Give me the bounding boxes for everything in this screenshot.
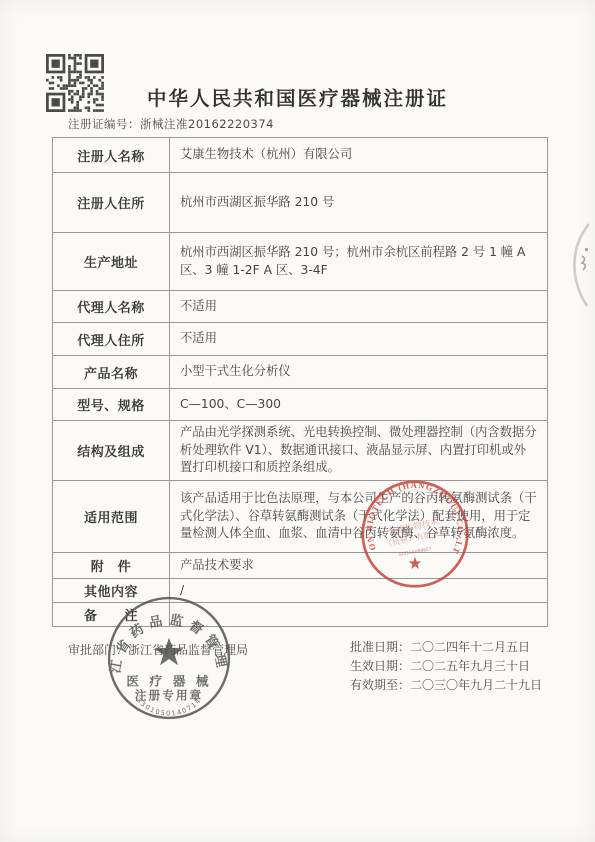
registration-number-label: 注册证编号： <box>68 117 140 131</box>
table-row: 附 件产品技术要求 <box>53 553 548 579</box>
effective-date-value: 二〇二五年九月三十日 <box>410 659 530 673</box>
page-title: 中华人民共和国医疗器械注册证 <box>0 83 595 111</box>
table-row: 备 注 <box>53 603 548 627</box>
expiry-date-line: 有效期至：二〇三〇年九月二十九日 <box>350 676 542 695</box>
field-value: 产品技术要求 <box>170 553 548 579</box>
field-value: 产品由光学探测系统、光电转换控制、微处理器控制（内含数据分析处理软件 V1）、数… <box>170 421 548 481</box>
svg-text:注册专用章: 注册专用章 <box>135 689 203 703</box>
registration-number: 浙械注准20162220374 <box>140 117 274 131</box>
certificate-table: 注册人名称艾康生物技术（杭州）有限公司 注册人住所杭州市西湖区振华路 210 号… <box>52 137 548 627</box>
certificate-page: 中华人民共和国医疗器械注册证 注册证编号：浙械注准20162220374 注册人… <box>0 0 595 842</box>
table-row: 型号、规格C—100、C—300 <box>53 389 548 421</box>
field-label: 备 注 <box>53 603 170 627</box>
table-row: 生产地址杭州市西湖区振华路 210 号；杭州市余杭区前程路 2 号 1 幢 A … <box>53 233 548 291</box>
approval-department-value: 浙江省药品监督管理局 <box>128 643 248 657</box>
table-row: 结构及组成产品由光学探测系统、光电转换控制、微处理器控制（内含数据分析处理软件 … <box>53 421 548 481</box>
approval-department-label: 审批部门： <box>68 643 128 657</box>
expiry-date-label: 有效期至： <box>350 678 410 692</box>
svg-text:3301050140714: 3301050140714 <box>135 696 204 717</box>
field-label: 产品名称 <box>53 356 170 389</box>
field-label: 注册人名称 <box>53 138 170 173</box>
approval-date-label: 批准日期： <box>350 640 410 654</box>
approval-date-line: 批准日期：二〇二四年十二月五日 <box>350 638 542 657</box>
field-value <box>170 603 548 627</box>
field-value: 小型干式生化分析仪 <box>170 356 548 389</box>
dates-block: 批准日期：二〇二四年十二月五日 生效日期：二〇二五年九月三十日 有效期至：二〇三… <box>350 638 542 695</box>
field-value: 该产品适用于比色法原理，与本公司生产的谷丙转氨酶测试条（干式化学法）、谷草转氨酶… <box>170 481 548 553</box>
field-value: 杭州市西湖区振华路 210 号；杭州市余杭区前程路 2 号 1 幢 A 区、3 … <box>170 233 548 291</box>
field-label: 适用范围 <box>53 481 170 553</box>
field-label: 型号、规格 <box>53 389 170 421</box>
table-row: 注册人名称艾康生物技术（杭州）有限公司 <box>53 138 548 173</box>
effective-date-line: 生效日期：二〇二五年九月三十日 <box>350 657 542 676</box>
table-row: 代理人住所不适用 <box>53 323 548 356</box>
field-value: 不适用 <box>170 323 548 356</box>
field-value: C—100、C—300 <box>170 389 548 421</box>
field-value: 杭州市西湖区振华路 210 号 <box>170 173 548 233</box>
field-value: 艾康生物技术（杭州）有限公司 <box>170 138 548 173</box>
registration-number-line: 注册证编号：浙械注准20162220374 <box>68 116 274 132</box>
field-value: / <box>170 579 548 603</box>
approval-date-value: 二〇二四年十二月五日 <box>410 640 530 654</box>
effective-date-label: 生效日期： <box>350 659 410 673</box>
table-row: 其他内容/ <box>53 579 548 603</box>
expiry-date-value: 二〇三〇年九月二十九日 <box>410 678 542 692</box>
table-row: 代理人名称不适用 <box>53 291 548 323</box>
seam-seal-arc-icon <box>555 220 595 310</box>
field-label: 生产地址 <box>53 233 170 291</box>
field-label: 注册人住所 <box>53 173 170 233</box>
field-label: 其他内容 <box>53 579 170 603</box>
field-value: 不适用 <box>170 291 548 323</box>
field-label: 代理人名称 <box>53 291 170 323</box>
approval-department-line: 审批部门：浙江省药品监督管理局 <box>68 641 248 658</box>
svg-text:医 疗 器 械: 医 疗 器 械 <box>126 673 211 688</box>
table-row: 适用范围该产品适用于比色法原理，与本公司生产的谷丙转氨酶测试条（干式化学法）、谷… <box>53 481 548 553</box>
field-label: 结构及组成 <box>53 421 170 481</box>
field-label: 附 件 <box>53 553 170 579</box>
table-row: 产品名称小型干式生化分析仪 <box>53 356 548 389</box>
table-row: 注册人住所杭州市西湖区振华路 210 号 <box>53 173 548 233</box>
field-label: 代理人住所 <box>53 323 170 356</box>
